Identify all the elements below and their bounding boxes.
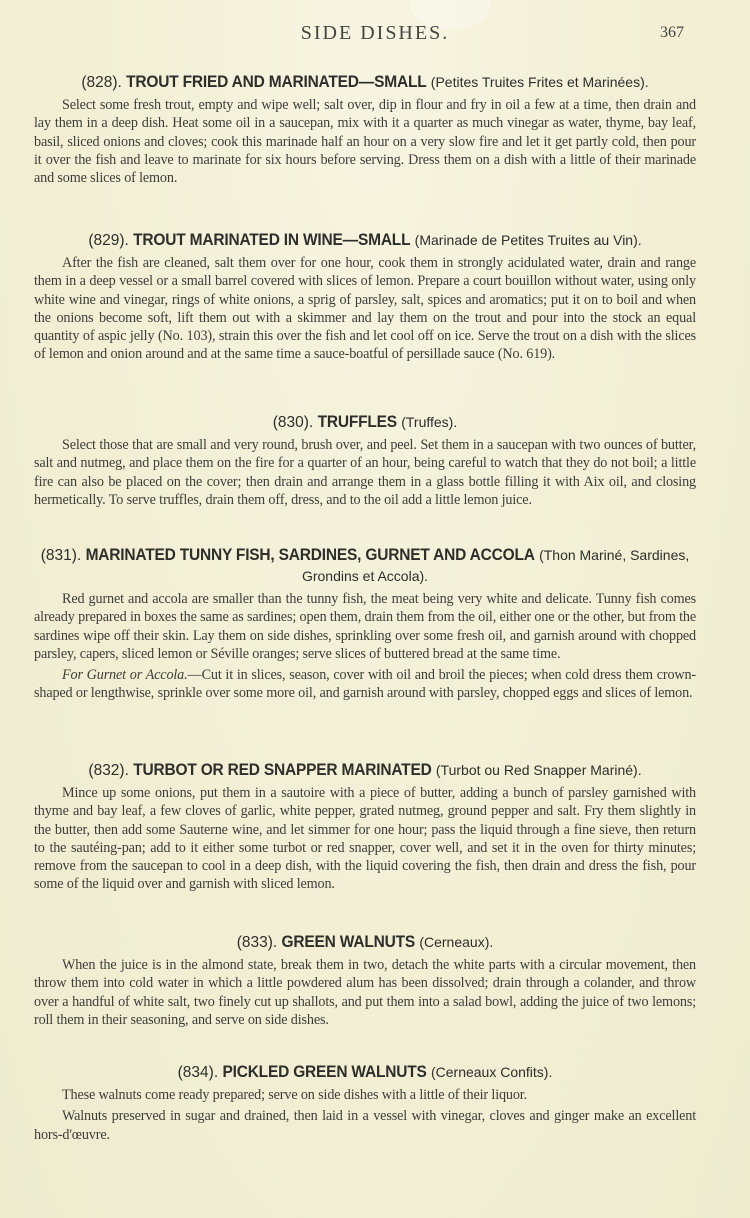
- recipe-832: (832). TURBOT OR RED SNAPPER MARINATED (…: [34, 760, 696, 894]
- recipe-paragraph: These walnuts come ready prepared; serve…: [34, 1086, 696, 1104]
- recipe-title: (830). TRUFFLES (Truffes).: [34, 412, 696, 433]
- recipe-number: (834).: [178, 1064, 219, 1081]
- recipe-834: (834). PICKLED GREEN WALNUTS (Cerneaux C…: [34, 1062, 696, 1144]
- recipe-number: (828).: [81, 74, 122, 91]
- recipe-name: TRUFFLES: [318, 413, 397, 434]
- recipe-number: (833).: [237, 934, 278, 951]
- recipe-title: (832). TURBOT OR RED SNAPPER MARINATED (…: [34, 760, 696, 781]
- recipe-833: (833). GREEN WALNUTS (Cerneaux). When th…: [34, 932, 696, 1029]
- recipe-paragraph: When the juice is in the almond state, b…: [34, 956, 696, 1029]
- recipe-paragraph: Red gurnet and accola are smaller than t…: [34, 590, 696, 663]
- recipe-paragraph: Walnuts preserved in sugar and drained, …: [34, 1107, 696, 1144]
- running-head: SIDE DISHES.: [0, 22, 750, 45]
- recipe-name: GREEN WALNUTS: [282, 933, 415, 954]
- page-number: 367: [660, 24, 684, 42]
- recipe-paragraph: After the fish are cleaned, salt them ov…: [34, 254, 696, 364]
- recipe-828: (828). TROUT FRIED AND MARINATED—SMALL (…: [34, 72, 696, 187]
- recipe-paragraph: Select those that are small and very rou…: [34, 436, 696, 509]
- recipe-name: TROUT MARINATED IN WINE—SMALL: [133, 231, 410, 252]
- recipe-french-name: (Truffes).: [401, 414, 457, 430]
- recipe-830: (830). TRUFFLES (Truffes). Select those …: [34, 412, 696, 509]
- recipe-french-name: (Cerneaux).: [419, 934, 493, 950]
- recipe-french-name: (Cerneaux Confits).: [431, 1064, 552, 1080]
- recipe-title: (833). GREEN WALNUTS (Cerneaux).: [34, 932, 696, 953]
- recipe-title: (831). MARINATED TUNNY FISH, SARDINES, G…: [34, 545, 696, 587]
- recipe-french-name: (Marinade de Petites Truites au Vin).: [415, 232, 642, 248]
- recipe-name: TROUT FRIED AND MARINATED—SMALL: [126, 73, 426, 94]
- recipe-title: (829). TROUT MARINATED IN WINE—SMALL (Ma…: [34, 230, 696, 251]
- book-page: SIDE DISHES. 367 (828). TROUT FRIED AND …: [0, 0, 750, 1218]
- recipe-paragraph: Mince up some onions, put them in a saut…: [34, 784, 696, 894]
- recipe-name: PICKLED GREEN WALNUTS: [222, 1063, 426, 1084]
- recipe-number: (829).: [88, 232, 129, 249]
- recipe-title: (834). PICKLED GREEN WALNUTS (Cerneaux C…: [34, 1062, 696, 1083]
- recipe-variation: For Gurnet or Accola.—Cut it in slices, …: [34, 666, 696, 703]
- recipe-829: (829). TROUT MARINATED IN WINE—SMALL (Ma…: [34, 230, 696, 364]
- recipe-paragraph: Select some fresh trout, empty and wipe …: [34, 96, 696, 187]
- recipe-number: (832).: [88, 762, 129, 779]
- recipe-name: MARINATED TUNNY FISH, SARDINES, GURNET A…: [86, 546, 535, 567]
- recipe-french-name: (Turbot ou Red Snapper Mariné).: [436, 762, 642, 778]
- variation-heading: For Gurnet or Accola.: [62, 667, 188, 683]
- recipe-french-name: (Petites Truites Frites et Marinées).: [431, 74, 649, 90]
- recipe-name: TURBOT OR RED SNAPPER MARINATED: [133, 761, 431, 782]
- recipe-number: (830).: [273, 414, 314, 431]
- recipe-number: (831).: [41, 547, 82, 564]
- recipe-831: (831). MARINATED TUNNY FISH, SARDINES, G…: [34, 545, 696, 703]
- recipe-title: (828). TROUT FRIED AND MARINATED—SMALL (…: [34, 72, 696, 93]
